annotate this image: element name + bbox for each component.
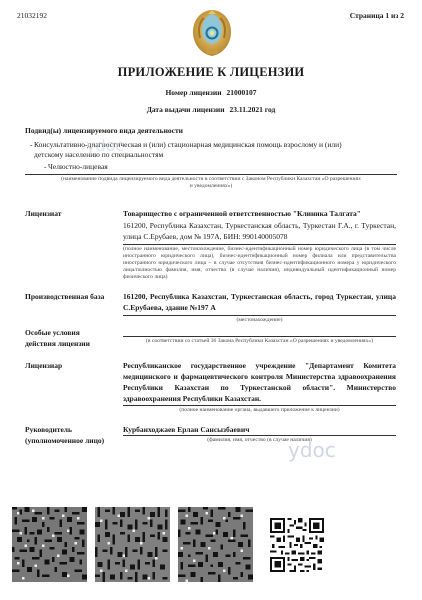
licensor-divider [123,405,396,406]
licensee-address: 161200, Республика Казахстан, Туркестанс… [123,220,396,242]
production-base-label: Производственная база [25,291,104,302]
state-emblem-icon [191,8,233,58]
subtypes-divider [25,174,397,175]
watermark: ydoc [288,438,336,462]
subtypes-caption-line1: (наименование подвида лицензируемого вид… [20,176,402,183]
licensor-value: Республиканское государственное учрежден… [123,360,396,404]
subtypes-caption-line2: и уведомлениях») [20,183,402,190]
subtype-subitem-bullet: - [44,162,47,172]
issue-date-line: Дата выдачи лицензии23.11.2021 год [0,105,422,114]
issue-date-value: 23.11.2021 год [230,105,276,114]
licensee-divider [123,244,396,245]
head-label-line2: (уполномоченное лицо) [25,435,104,446]
subtype-item-bullet: - [30,140,33,150]
verification-qr-code [270,518,324,572]
licensee-name: Товарищество с ограниченной ответственно… [123,208,396,219]
subtype-subitem: Челюстно-лицевая [48,162,108,172]
license-number-label: Номер лицензии [165,88,221,97]
document-title: ПРИЛОЖЕНИЕ К ЛИЦЕНЗИИ [0,65,422,80]
signature-barcode-1 [12,507,87,582]
special-conditions-divider [123,336,396,337]
head-name: Курбанходжаев Ерлан Сансызбаевич [123,424,396,435]
production-base-divider [123,315,396,316]
page-indicator: Страница 1 из 2 [350,11,404,20]
special-conditions-label-line2: действия лицензии [25,338,90,349]
production-base-caption: (местонахождение) [123,317,396,324]
production-base-value: 161200, Республика Казахстан, Туркестанс… [123,291,396,313]
licensor-caption: (полное наименование органа, выдавшего п… [123,407,396,414]
licensee-label: Лицензиат [25,208,61,219]
signature-barcode-3 [178,507,253,582]
head-divider [123,435,396,436]
head-label-line1: Руководитель [25,424,72,435]
signature-barcode-2 [95,507,170,582]
licensor-label: Лицензиар [25,360,62,371]
license-number-value: 21000107 [227,88,257,97]
watermark-overlay: ydoc [86,136,124,155]
subtype-item-line1: Консультативно-диагностическая и (или) с… [34,140,342,150]
licensee-caption: (полное наименование, местонахождение, б… [123,246,396,281]
document-number: 21032192 [17,11,47,20]
issue-date-label: Дата выдачи лицензии [147,105,225,114]
head-caption: (фамилия, имя, отчество (в случае наличи… [123,437,396,444]
subtypes-section-title: Подвид(ы) лицензируемого вида деятельнос… [25,126,183,135]
special-conditions-caption: (в соответствии со статьей 36 Закона Рес… [123,338,396,345]
special-conditions-label-line1: Особые условия [25,327,80,338]
license-number-line: Номер лицензии21000107 [0,88,422,97]
